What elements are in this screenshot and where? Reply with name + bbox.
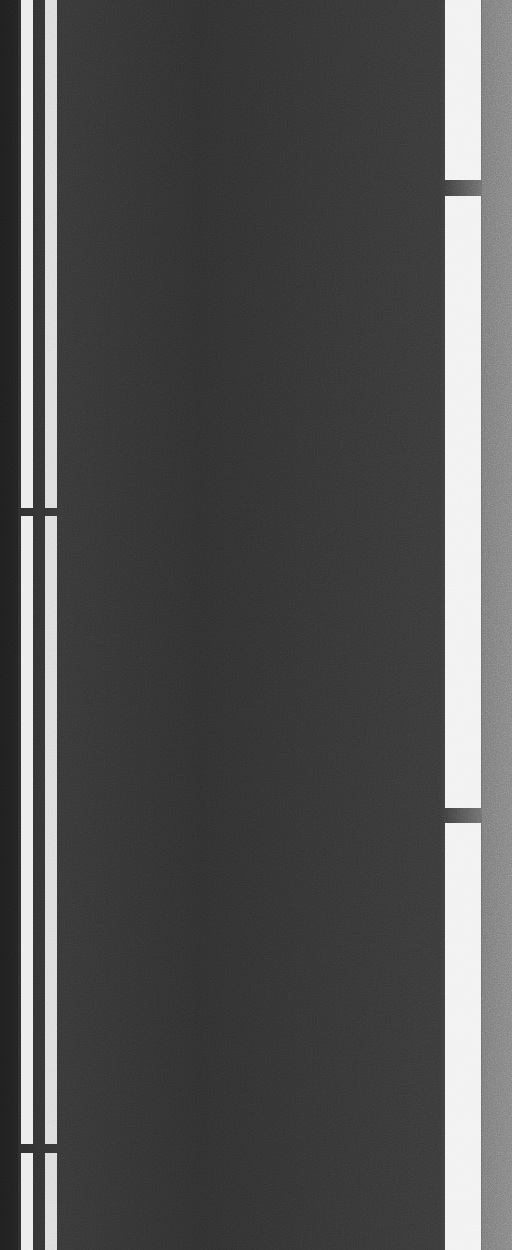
- aerial-road-image: [0, 0, 512, 1250]
- asphalt-texture: [0, 0, 512, 1250]
